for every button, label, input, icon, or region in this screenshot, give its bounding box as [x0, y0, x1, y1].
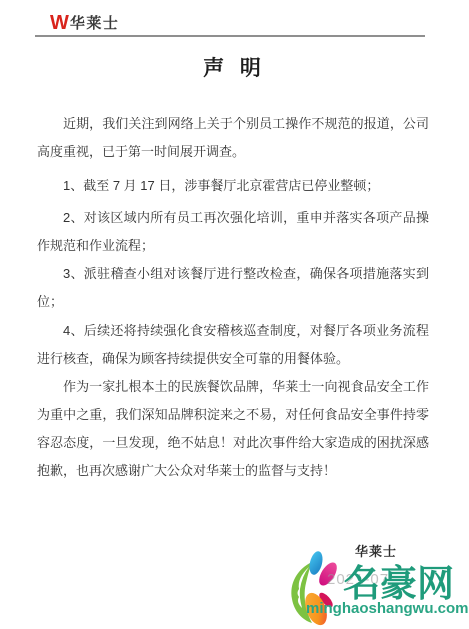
statement-paragraph-intro: 近期，我们关注到网络上关于个别员工操作不规范的报道，公司高度重视，已于第一时间展…	[37, 110, 429, 166]
brand-logo: W华莱士	[50, 12, 119, 35]
statement-paragraph-item-3: 3、派驻稽查小组对该餐厅进行整改检查，确保各项措施落实到位；	[37, 260, 429, 316]
header-divider	[35, 35, 425, 37]
signature: 华莱士	[355, 541, 397, 560]
statement-paragraph-item-4: 4、后续还将持续强化食安稽核巡查制度，对餐厅各项业务流程进行核查，确保为顾客持续…	[37, 317, 429, 373]
statement-document: W华莱士 声 明 近期，我们关注到网络上关于个别员工操作不规范的报道，公司高度重…	[0, 0, 469, 629]
brand-w-icon: W	[50, 12, 68, 34]
brand-name: 华莱士	[70, 15, 120, 32]
statement-paragraph-closing: 作为一家扎根本土的民族餐饮品牌，华莱士一向视食品安全工作为重中之重，我们深知品牌…	[37, 373, 429, 485]
statement-paragraph-item-1: 1、截至 7 月 17 日，涉事餐厅北京霍营店已停业整顿；	[37, 172, 429, 200]
watermark-site-name: 名豪网	[343, 564, 454, 604]
statement-body: 近期，我们关注到网络上关于个别员工操作不规范的报道，公司高度重视，已于第一时间展…	[37, 110, 429, 485]
page-title: 声 明	[0, 52, 469, 82]
statement-paragraph-item-2: 2、对该区域内所有员工再次强化培训，重申并落实各项产品操作规范和作业流程；	[37, 204, 429, 260]
watermark-site-domain: minghaoshangwu.com	[306, 600, 469, 618]
